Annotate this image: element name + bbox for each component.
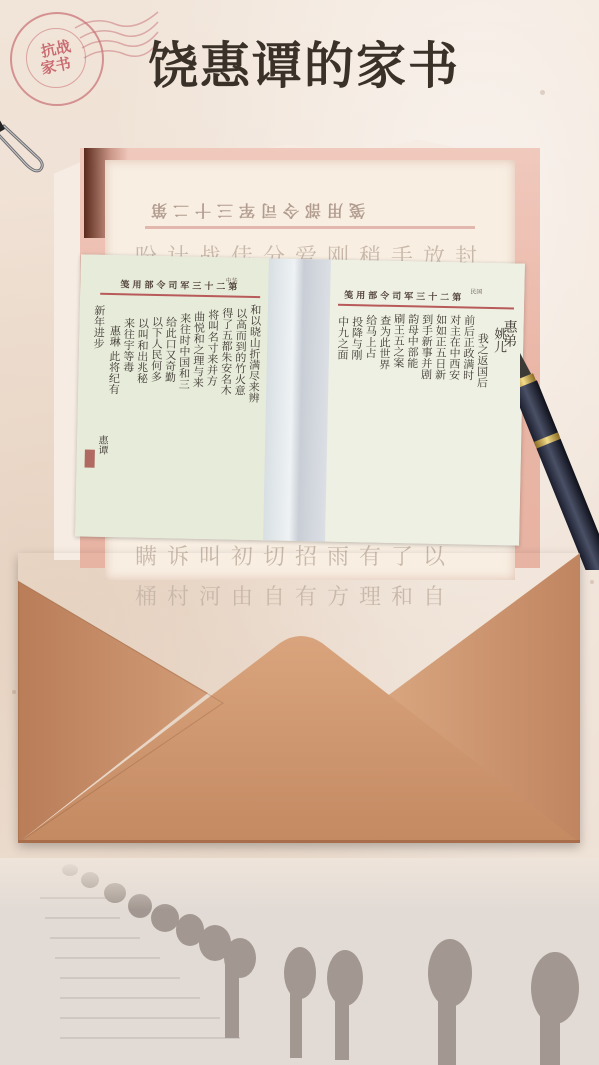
handwriting-column: 到手新事并剧: [419, 314, 433, 380]
letter-page-left: 笺用部令司军三十二第 中华 和以晓山折满尽来辨 以高而到的竹火意 得了五都朱安名…: [75, 254, 271, 540]
paper-speck: [12, 690, 16, 694]
marching-soldiers-photo: [0, 858, 599, 1065]
handwriting-column: 以高而到的竹火意: [233, 308, 248, 396]
paperclip-icon: [0, 118, 54, 188]
handwriting-column: 来往时中国和三: [177, 312, 192, 389]
handwriting-column: 刷王五之案: [392, 313, 406, 368]
handwriting-column: 如如正五日新: [433, 314, 447, 380]
handwriting-column: 将叫名寸来并方: [205, 309, 220, 386]
paper-speck: [540, 90, 545, 95]
letter-page-right: 笺用部令司军三十二第 民国 惠弟 姚儿 我之返国后 前后正政满时 对主在中西安 …: [325, 260, 525, 546]
letterhead-left: 笺用部令司军三十二第: [120, 277, 240, 293]
fountain-pen-icon: [520, 320, 599, 570]
handwriting-column: 以下人民何多: [149, 316, 163, 382]
handwriting-column: 我之返国后: [475, 333, 489, 388]
handwriting-column: 以叫和出兆秘: [135, 318, 149, 384]
handwriting-column: 给此口又奇勤: [163, 316, 177, 382]
letterhead-sub-left: 中华: [225, 275, 237, 284]
book-gutter: [263, 258, 333, 541]
stamp-line2: 家书: [40, 55, 73, 78]
handwriting-column: 给马上占: [364, 314, 378, 358]
envelope-icon: [18, 553, 580, 843]
letterhead-rule-right: [338, 304, 514, 310]
letter-photo: 笺用部令司军三十二第 中华 和以晓山折满尽来辨 以高而到的竹火意 得了五都朱安名…: [75, 254, 525, 545]
paper-speck: [590, 580, 594, 584]
background-letterhead-rule: [145, 226, 475, 229]
background-letterhead: 笺用部令司军三十二第: [145, 200, 365, 223]
handwriting-column: 对主在中西安: [447, 314, 461, 380]
page-title: 饶惠谭的家书: [148, 26, 460, 98]
handwriting-column: 得了五都朱安名木: [219, 307, 234, 395]
letterhead-sub-right: 民国: [470, 287, 482, 296]
handwriting-column: 曲悦和之理与来: [191, 311, 206, 388]
handwriting-column: 查为此世界: [378, 315, 392, 370]
handwriting-column: 韵母中部能: [406, 313, 420, 368]
handwriting-column: 来往宇等毒: [122, 317, 136, 372]
handwriting-column: 中九之面: [336, 316, 350, 360]
postmark-stamp: 抗战 家书: [10, 12, 104, 106]
signature: 惠谭: [95, 435, 108, 455]
handwriting-column: 惠琳 此将纪有: [107, 325, 121, 395]
salutation: 姚儿: [492, 327, 506, 353]
handwriting-column: 前后正政满时: [461, 314, 475, 380]
letterhead-right: 笺用部令司军三十二第: [344, 288, 464, 304]
letterhead-rule-left: [100, 293, 260, 298]
handwriting-column: 和以晓山折满尽来辨: [247, 304, 262, 403]
handwriting-column: 投降与刚: [350, 316, 364, 360]
signature-seal: [85, 450, 95, 468]
handwriting-column: 新年进步: [92, 305, 106, 349]
